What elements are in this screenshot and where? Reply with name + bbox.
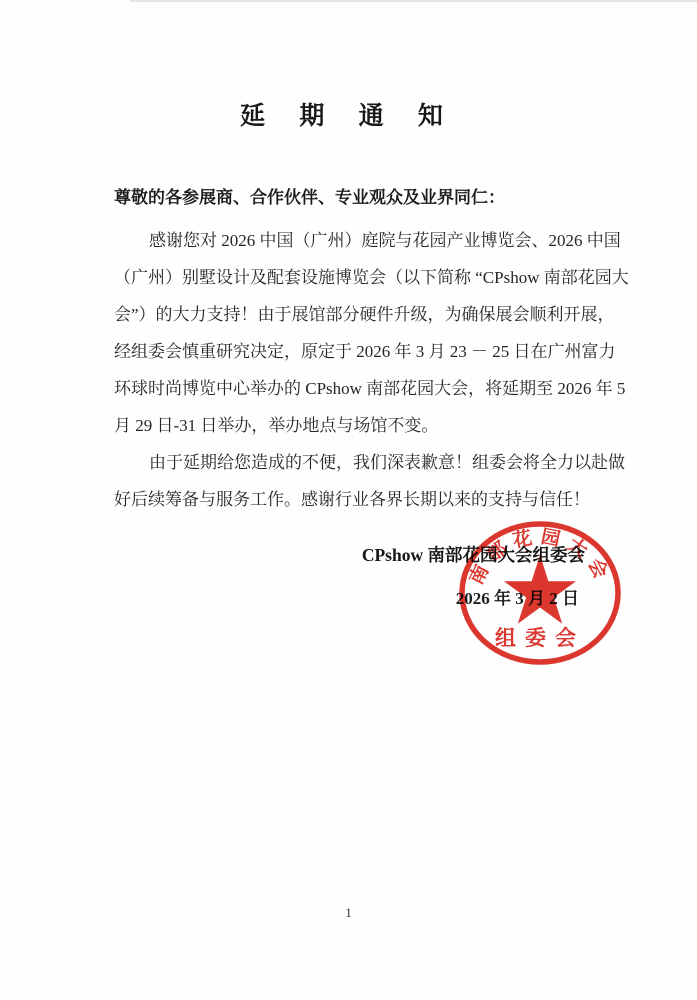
body-line: 会”）的大力支持！由于展馆部分硬件升级，为确保展会顺利开展， — [114, 296, 588, 333]
document-body: 感谢您对 2026 中国（广州）庭院与花园产业博览会、2026 中国 （广州）别… — [114, 222, 588, 518]
body-line: 环球时尚博览中心举办的 CPshow 南部花园大会，将延期至 2026 年 5 — [114, 370, 588, 407]
scan-artifact-line — [130, 0, 697, 2]
body-line: 经组委会慎重研究决定，原定于 2026 年 3 月 23 － 25 日在广州富力 — [114, 333, 588, 370]
body-line: 由于延期给您造成的不便，我们深表歉意！组委会将全力以赴做 — [114, 444, 588, 481]
seal-bottom-text: 组委会 — [495, 626, 585, 650]
document-page: 延 期 通 知 尊敬的各参展商、合作伙伴、专业观众及业界同仁： 感谢您对 202… — [0, 0, 697, 1000]
page-number: 1 — [0, 905, 697, 921]
star-icon — [504, 555, 576, 624]
document-title: 延 期 通 知 — [0, 96, 697, 132]
official-seal-stamp: 南部花园大会 组委会 — [456, 519, 624, 667]
salutation-line: 尊敬的各参展商、合作伙伴、专业观众及业界同仁： — [114, 183, 587, 208]
body-line: 好后续筹备与服务工作。感谢行业各界长期以来的支持与信任！ — [114, 481, 588, 518]
body-line: （广州）别墅设计及配套设施博览会（以下简称 “CPshow 南部花园大 — [114, 259, 588, 296]
body-line: 感谢您对 2026 中国（广州）庭院与花园产业博览会、2026 中国 — [114, 222, 588, 259]
body-line: 月 29 日-31 日举办，举办地点与场馆不变。 — [114, 407, 588, 444]
